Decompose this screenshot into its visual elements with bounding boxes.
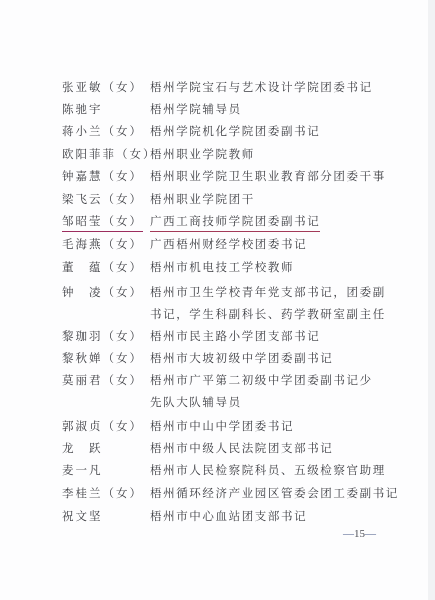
list-item: 书记，学生科副科长、药学教研室副主任 bbox=[0, 304, 428, 324]
list-item: 李桂兰（女）梧州循环经济产业园区管委会团工委副书记 bbox=[0, 483, 428, 503]
person-name: 张亚敏（女） bbox=[62, 77, 143, 97]
person-name: 邹昭莹（女） bbox=[62, 211, 143, 232]
person-position: 梧州学院宝石与艺术设计学院团委书记 bbox=[150, 77, 373, 97]
person-position: 梧州职业学院教师 bbox=[150, 144, 255, 164]
person-position: 梧州市广平第二初级中学团委副书记少 bbox=[150, 370, 373, 390]
page-number: —15— bbox=[343, 528, 376, 540]
list-item: 黎珈羽（女）梧州市民主路小学团支部书记 bbox=[0, 326, 428, 346]
person-name: 钟嘉慧（女） bbox=[62, 166, 143, 186]
list-item: 祝文坚梧州市中心血站团支部书记 bbox=[0, 506, 428, 526]
person-position: 广西工商技师学院团委副书记 bbox=[150, 211, 320, 232]
person-position: 梧州市机电技工学校教师 bbox=[150, 257, 294, 277]
person-position: 先队大队辅导员 bbox=[150, 392, 242, 412]
person-name: 陈驰宇 bbox=[62, 99, 103, 119]
person-position: 梧州市中级人民法院团支部书记 bbox=[150, 438, 333, 458]
person-name: 钟 凌（女） bbox=[62, 282, 143, 302]
person-position: 梧州市卫生学校青年党支部书记，团委副 bbox=[150, 282, 386, 302]
person-name: 李桂兰（女） bbox=[62, 483, 143, 503]
page-number-dash-left: — bbox=[343, 528, 354, 540]
person-name: 郭淑贞（女） bbox=[62, 416, 143, 436]
person-position: 书记，学生科副科长、药学教研室副主任 bbox=[150, 304, 386, 324]
list-item: 龙 跃梧州市中级人民法院团支部书记 bbox=[0, 438, 428, 458]
list-item: 张亚敏（女）梧州学院宝石与艺术设计学院团委书记 bbox=[0, 77, 428, 97]
list-item: 钟 凌（女）梧州市卫生学校青年党支部书记，团委副 bbox=[0, 282, 428, 302]
person-name: 黎珈羽（女） bbox=[62, 326, 143, 346]
page-number-value: 15 bbox=[354, 528, 365, 540]
list-item: 蒋小兰（女）梧州学院机化学院团委副书记 bbox=[0, 121, 428, 141]
list-item: 钟嘉慧（女）梧州职业学院卫生职业教育部分团委干事 bbox=[0, 166, 428, 186]
person-position: 梧州学院辅导员 bbox=[150, 99, 242, 119]
list-item: 麦一凡梧州市人民检察院科员、五级检察官助理 bbox=[0, 460, 428, 480]
person-name: 梁飞云（女） bbox=[62, 189, 143, 209]
person-position: 梧州市人民检察院科员、五级检察官助理 bbox=[150, 460, 386, 480]
person-position: 梧州职业学院卫生职业教育部分团委干事 bbox=[150, 166, 386, 186]
person-name: 祝文坚 bbox=[62, 506, 103, 526]
person-position: 梧州职业学院团干 bbox=[150, 189, 255, 209]
person-position: 梧州市中山中学团委书记 bbox=[150, 416, 294, 436]
list-item: 黎秋婵（女）梧州市大坡初级中学团委副书记 bbox=[0, 348, 428, 368]
person-position: 梧州市大坡初级中学团委副书记 bbox=[150, 348, 333, 368]
person-name: 欧阳菲菲（女） bbox=[62, 144, 157, 164]
person-position: 广西梧州财经学校团委书记 bbox=[150, 234, 307, 254]
person-name: 莫丽君（女） bbox=[62, 370, 143, 390]
person-name: 麦一凡 bbox=[62, 460, 103, 480]
person-position: 梧州循环经济产业园区管委会团工委副书记 bbox=[150, 483, 399, 503]
person-position: 梧州市民主路小学团支部书记 bbox=[150, 326, 320, 346]
person-position: 梧州学院机化学院团委副书记 bbox=[150, 121, 320, 141]
list-item: 董 蕴（女）梧州市机电技工学校教师 bbox=[0, 257, 428, 277]
list-item: 莫丽君（女）梧州市广平第二初级中学团委副书记少 bbox=[0, 370, 428, 390]
list-item: 邹昭莹（女）广西工商技师学院团委副书记 bbox=[0, 211, 428, 231]
person-name: 蒋小兰（女） bbox=[62, 121, 143, 141]
person-name: 黎秋婵（女） bbox=[62, 348, 143, 368]
list-item: 陈驰宇梧州学院辅导员 bbox=[0, 99, 428, 119]
list-item: 先队大队辅导员 bbox=[0, 392, 428, 412]
page-number-dash-right: — bbox=[365, 528, 376, 540]
person-name: 龙 跃 bbox=[62, 438, 103, 458]
scan-edge bbox=[428, 0, 435, 600]
list-item: 毛海燕（女）广西梧州财经学校团委书记 bbox=[0, 234, 428, 254]
person-name: 毛海燕（女） bbox=[62, 234, 143, 254]
person-name: 董 蕴（女） bbox=[62, 257, 143, 277]
list-item: 郭淑贞（女）梧州市中山中学团委书记 bbox=[0, 416, 428, 436]
list-item: 梁飞云（女）梧州职业学院团干 bbox=[0, 189, 428, 209]
person-position: 梧州市中心血站团支部书记 bbox=[150, 506, 307, 526]
list-item: 欧阳菲菲（女）梧州职业学院教师 bbox=[0, 144, 428, 164]
document-page: 张亚敏（女）梧州学院宝石与艺术设计学院团委书记陈驰宇梧州学院辅导员蒋小兰（女）梧… bbox=[0, 0, 428, 600]
